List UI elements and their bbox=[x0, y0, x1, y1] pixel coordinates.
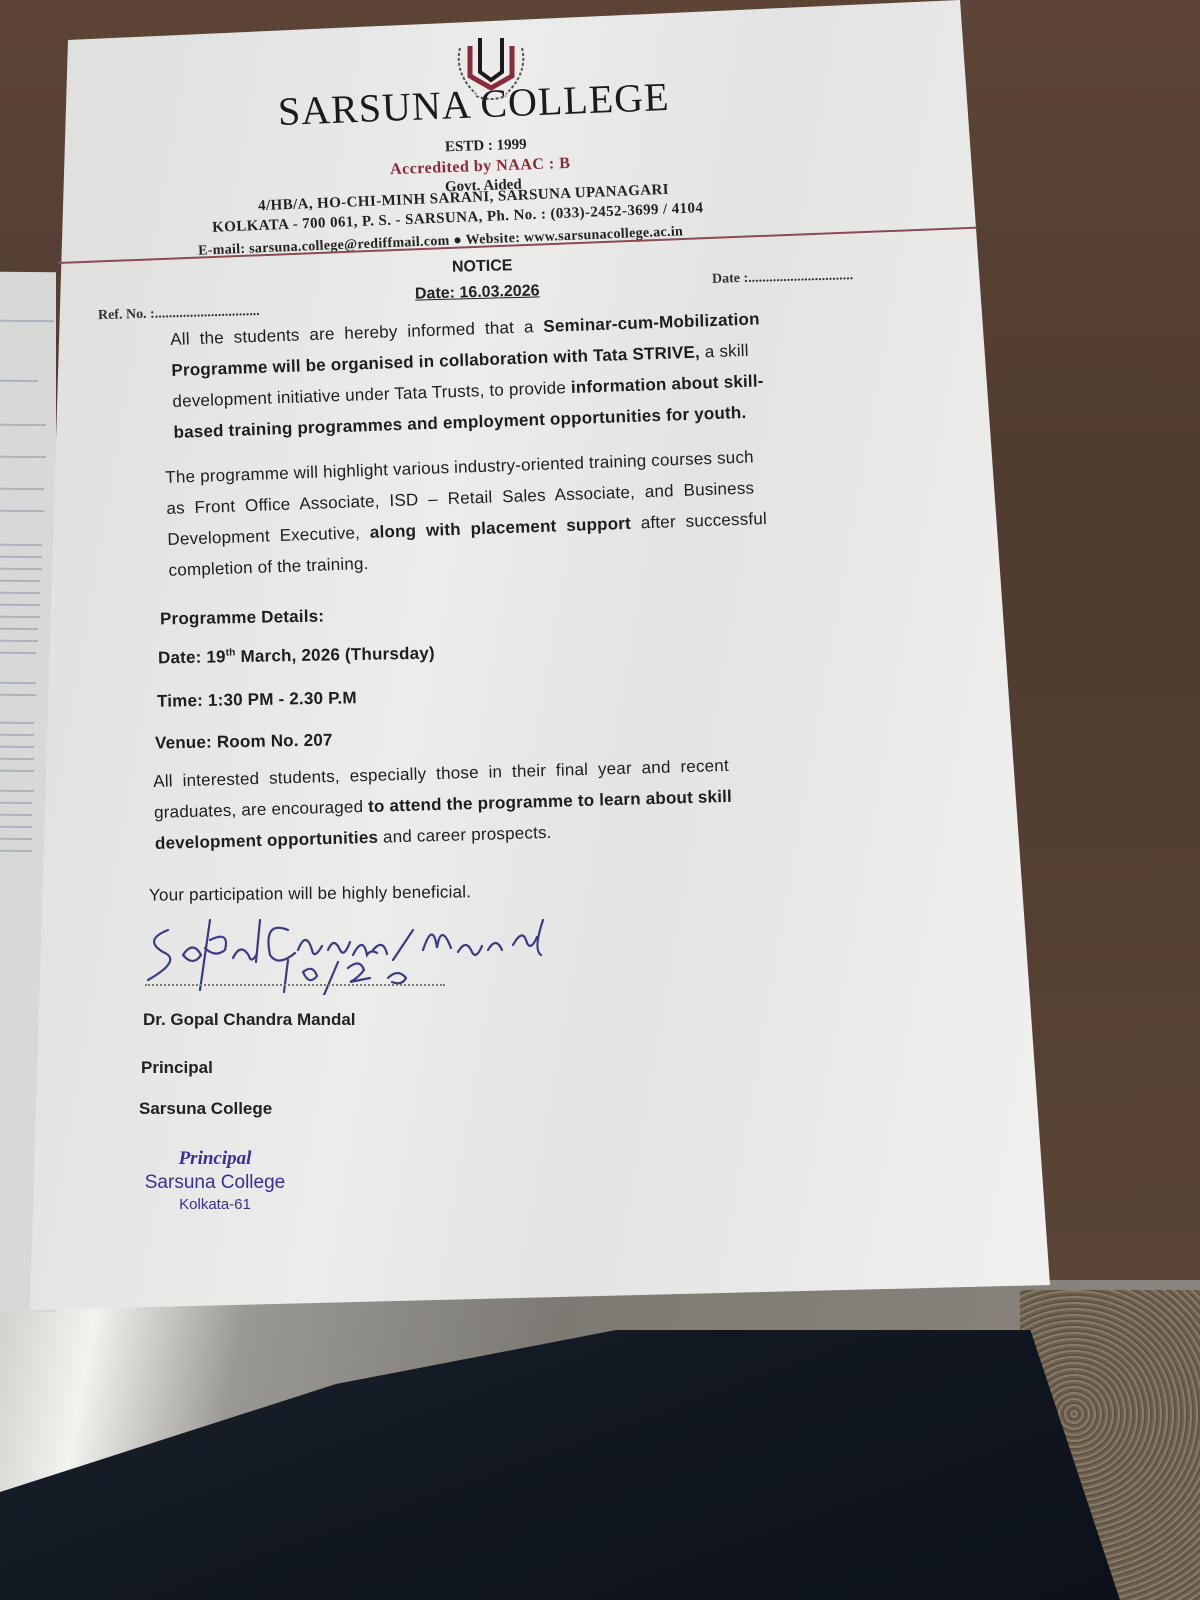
programme-venue: Venue: Room No. 207 bbox=[155, 730, 333, 753]
programme-time: Time: 1:30 PM - 2.30 P.M bbox=[157, 688, 357, 711]
signatory-name: Dr. Gopal Chandra Mandal bbox=[143, 1010, 356, 1030]
signatory-organization: Sarsuna College bbox=[139, 1099, 272, 1119]
programme-date: Date: 19th March, 2026 (Thursday) bbox=[158, 644, 435, 669]
stamp-college: Sarsuna College bbox=[140, 1172, 290, 1194]
date-field: Date :.............................. bbox=[712, 268, 854, 288]
signatory-role: Principal bbox=[141, 1058, 213, 1078]
paragraph-invitation: All interested students, especially thos… bbox=[153, 756, 733, 865]
notice-document: SARSUNA COLLEGE ESTD : 1999 Accredited b… bbox=[0, 0, 1200, 1600]
stamp-location: Kolkata-61 bbox=[140, 1196, 290, 1213]
established-year: ESTD : 1999 bbox=[445, 137, 527, 157]
college-name: SARSUNA COLLEGE bbox=[277, 73, 670, 135]
programme-details-heading: Programme Details: bbox=[160, 607, 325, 630]
signature-line bbox=[145, 984, 445, 986]
handwritten-signature bbox=[138, 900, 568, 995]
stamp-title: Principal bbox=[140, 1148, 290, 1170]
paragraph-announcement: All the students are hereby informed tha… bbox=[170, 309, 765, 454]
paragraph-courses: The programme will highlight various ind… bbox=[165, 447, 769, 592]
accreditation: Accredited by NAAC : B bbox=[390, 155, 571, 179]
principal-stamp: Principal Sarsuna College Kolkata-61 bbox=[140, 1148, 290, 1213]
notice-title: NOTICE bbox=[452, 257, 513, 277]
notice-date: Date: 16.03.2026 bbox=[415, 282, 540, 303]
reference-number-field: Ref. No. :.............................. bbox=[98, 304, 260, 324]
